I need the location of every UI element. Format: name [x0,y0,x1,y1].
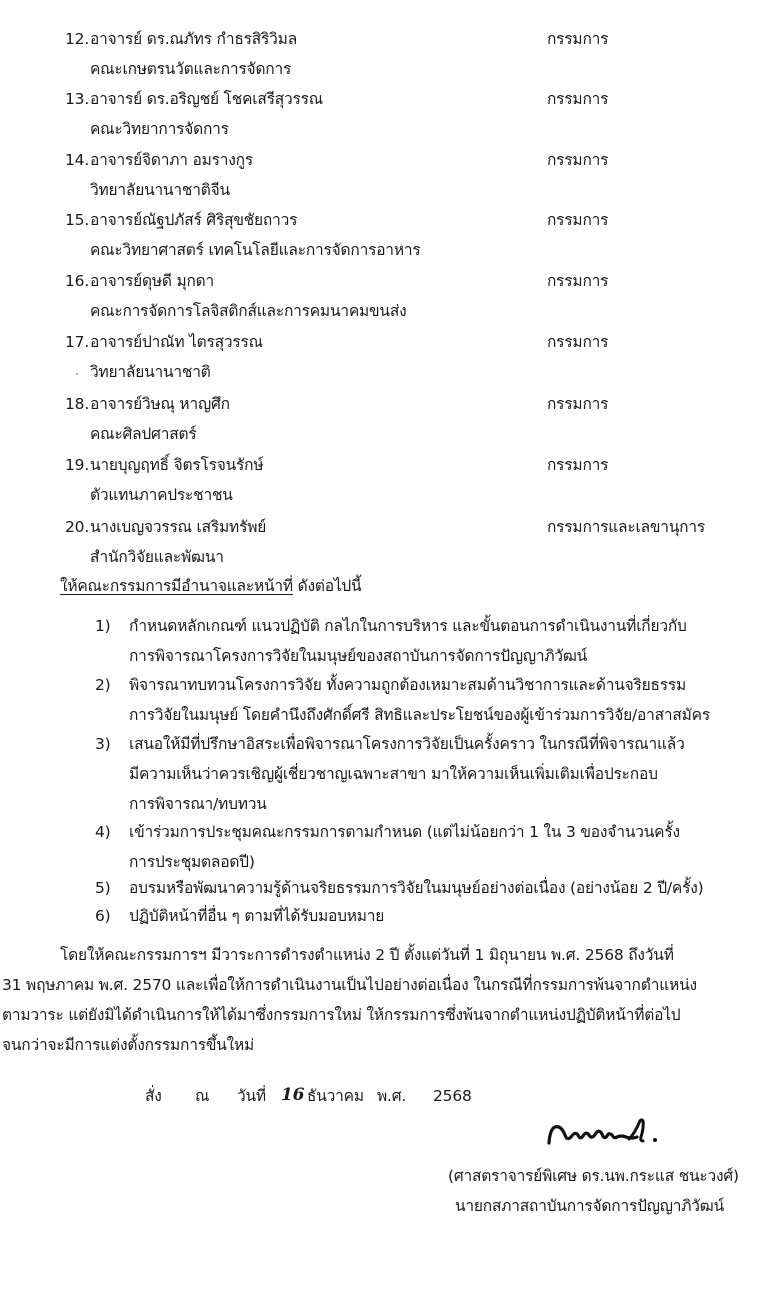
duty-line: พิจารณาทบทวนโครงการวิจัย ทั้งความถูกต้อง… [129,670,686,700]
member-role: กรรมการ [547,205,608,235]
member-name: อาจารย์ ดร.อริญชย์ โชคเสรีสุวรรณ [90,84,323,114]
member-unit: ตัวแทนภาคประชาชน [90,480,233,510]
paragraph-line: จนกว่าจะมีการแต่งตั้งกรรมการขึ้นใหม่ [2,1030,254,1060]
member-name: อาจารย์ปาณัท ไตรสุวรรณ [90,327,263,357]
member-unit: คณะการจัดการโลจิสติกส์และการคมนาคมขนส่ง [90,296,406,326]
member-role: กรรมการและเลขานุการ [547,512,705,542]
duty-line: การวิจัยในมนุษย์ โดยคำนึงถึงศักดิ์ศรี สิ… [129,700,710,730]
duty-number: 4) [95,817,111,847]
member-unit: สำนักวิจัยและพัฒนา [90,542,224,572]
member-number: 20. [65,512,89,542]
scan-speck [76,373,78,375]
day-handwritten: 16 [281,1080,304,1110]
paragraph-line: โดยให้คณะกรรมการฯ มีวาระการดำรงตำแหน่ง 2… [60,940,674,970]
member-number: 18. [65,389,89,419]
member-entry-16: 16. อาจารย์ดุษดี มุกดา คณะการจัดการโลจิส… [65,266,765,326]
duty-number: 5) [95,873,111,903]
duty-line: ปฏิบัติหน้าที่อื่น ๆ ตามที่ได้รับมอบหมาย [129,901,384,931]
day-label: วันที่ [237,1081,266,1111]
member-role: กรรมการ [547,145,608,175]
duty-line: เสนอให้มีที่ปรึกษาอิสระเพื่อพิจารณาโครงก… [129,729,685,759]
member-role: กรรมการ [547,450,608,480]
duties-heading-rest: ดังต่อไปนี้ [293,577,362,595]
duty-number: 6) [95,901,111,931]
member-number: 19. [65,450,89,480]
member-unit: คณะศิลปศาสตร์ [90,419,196,449]
member-entry-12: 12. อาจารย์ ดร.ณภัทร กำธรสิริวิมล คณะเกษ… [65,24,765,84]
member-entry-19: 19. นายบุญฤทธิ์ จิตรโรจนรักษ์ ตัวแทนภาคป… [65,450,765,510]
duty-line: กำหนดหลักเกณฑ์ แนวปฏิบัติ กลไกในการบริหา… [129,611,687,641]
member-entry-14: 14. อาจารย์จิดาภา อมรางกูร วิทยาลัยนานาช… [65,145,765,205]
at-word: ณ [195,1081,209,1111]
signatory-title: นายกสภาสถาบันการจัดการปัญญาภิวัฒน์ [455,1191,724,1221]
signatory-name: (ศาสตราจารย์พิเศษ ดร.นพ.กระแส ชนะวงศ์) [448,1161,739,1191]
member-entry-13: 13. อาจารย์ ดร.อริญชย์ โชคเสรีสุวรรณ คณะ… [65,84,765,144]
duty-line: เข้าร่วมการประชุมคณะกรรมการตามกำหนด (แต่… [129,817,680,847]
member-entry-18: 18. อาจารย์วิษณุ หาญศึก คณะศิลปศาสตร์ กร… [65,389,765,449]
member-number: 15. [65,205,89,235]
member-entry-15: 15. อาจารย์ณัฐปภัสร์ ศิริสุขชัยถาวร คณะว… [65,205,765,265]
signature-icon [545,1113,695,1153]
member-name: อาจารย์ดุษดี มุกดา [90,266,214,296]
member-name: นางเบญจวรรณ เสริมทรัพย์ [90,512,266,542]
order-word: สั่ง [145,1081,162,1111]
member-number: 12. [65,24,89,54]
member-name: นายบุญฤทธิ์ จิตรโรจนรักษ์ [90,450,263,480]
duty-number: 2) [95,670,111,700]
duties-heading: ให้คณะกรรมการมีอำนาจและหน้าที่ ดังต่อไปน… [60,571,361,601]
member-number: 14. [65,145,89,175]
member-entry-20: 20. นางเบญจวรรณ เสริมทรัพย์ สำนักวิจัยแล… [65,512,765,572]
duty-line: อบรมหรือพัฒนาความรู้ด้านจริยธรรมการวิจัย… [129,873,703,903]
member-unit: วิทยาลัยนานาชาติ [90,357,211,387]
member-role: กรรมการ [547,84,608,114]
member-name: อาจารย์ ดร.ณภัทร กำธรสิริวิมล [90,24,297,54]
duties-heading-underlined: ให้คณะกรรมการมีอำนาจและหน้าที่ [60,577,293,595]
month: ธันวาคม [307,1081,364,1111]
member-name: อาจารย์จิดาภา อมรางกูร [90,145,253,175]
duty-line: มีความเห็นว่าควรเชิญผู้เชี่ยวชาญเฉพาะสาข… [129,759,658,789]
member-role: กรรมการ [547,266,608,296]
member-name: อาจารย์ณัฐปภัสร์ ศิริสุขชัยถาวร [90,205,297,235]
member-unit: คณะเกษตรนวัตและการจัดการ [90,54,291,84]
member-number: 16. [65,266,89,296]
era-label: พ.ศ. [377,1081,406,1111]
duty-line: การพิจารณา/ทบทวน [129,789,267,819]
duty-number: 3) [95,729,111,759]
member-number: 17. [65,327,89,357]
member-number: 13. [65,84,89,114]
member-unit: คณะวิทยาศาสตร์ เทคโนโลยีและการจัดการอาหา… [90,235,420,265]
member-role: กรรมการ [547,24,608,54]
member-name: อาจารย์วิษณุ หาญศึก [90,389,230,419]
duty-line: การพิจารณาโครงการวิจัยในมนุษย์ของสถาบันก… [129,641,587,671]
member-entry-17: 17. อาจารย์ปาณัท ไตรสุวรรณ วิทยาลัยนานาช… [65,327,765,387]
member-unit: คณะวิทยาการจัดการ [90,114,229,144]
member-unit: วิทยาลัยนานาชาติจีน [90,175,230,205]
year: 2568 [433,1081,472,1111]
member-role: กรรมการ [547,389,608,419]
paragraph-line: ตามวาระ แต่ยังมิได้ดำเนินการให้ได้มาซึ่ง… [2,1000,680,1030]
paragraph-line: 31 พฤษภาคม พ.ศ. 2570 และเพื่อให้การดำเนิ… [2,970,697,1000]
document-page: 12. อาจารย์ ดร.ณภัทร กำธรสิริวิมล คณะเกษ… [0,0,770,1290]
member-role: กรรมการ [547,327,608,357]
duty-number: 1) [95,611,111,641]
